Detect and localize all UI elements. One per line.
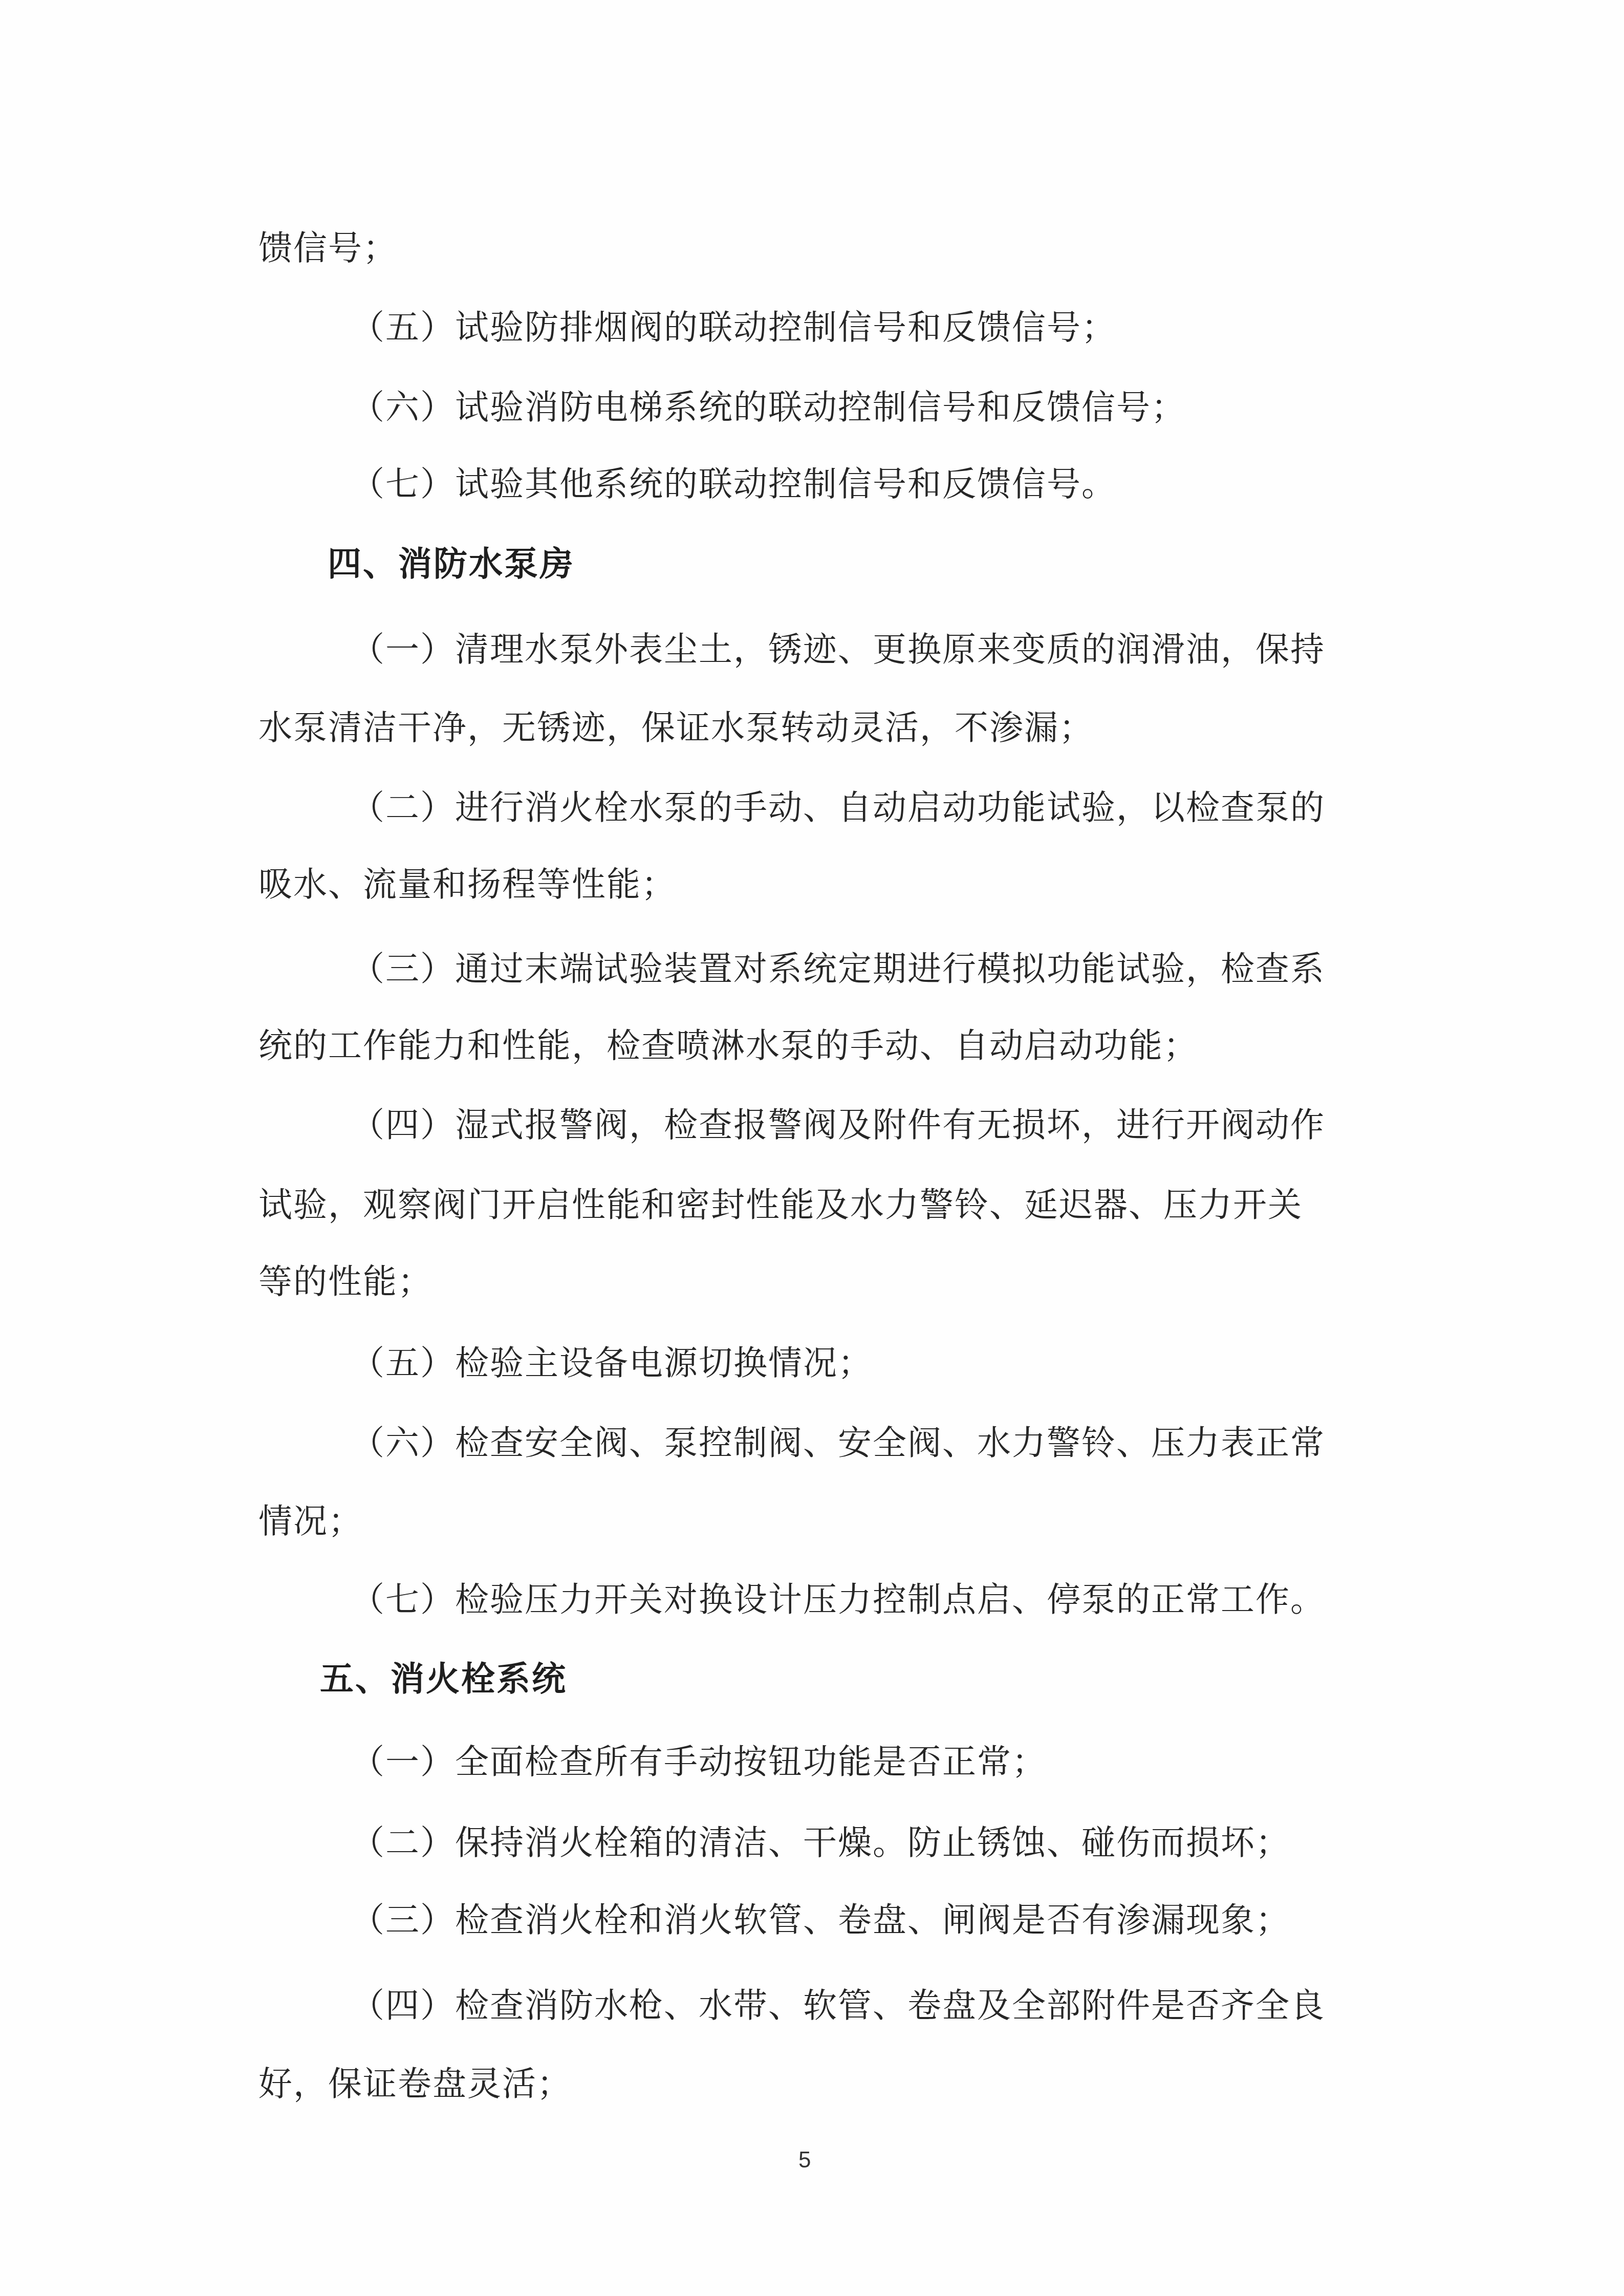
list-item: （二）进行消火栓水泵的手动、自动启动功能试验，以检查泵的 [351,787,1325,828]
paragraph-continuation: 等的性能； [258,1261,432,1302]
list-item: （五）试验防排烟阀的联动控制信号和反馈信号； [351,307,1116,348]
list-item: （七）试验其他系统的联动控制信号和反馈信号。 [351,464,1116,505]
list-item: （三）通过末端试验装置对系统定期进行模拟功能试验，检查系 [351,949,1325,990]
list-item: （一）清理水泵外表尘土，锈迹、更换原来变质的润滑油，保持 [351,629,1325,670]
section-heading: 四、消防水泵房 [328,544,575,585]
document-page: 馈信号； （五）试验防排烟阀的联动控制信号和反馈信号； （六）试验消防电梯系统的… [0,0,1624,2296]
paragraph-continuation: 水泵清洁干净，无锈迹，保证水泵转动灵活，不渗漏； [258,707,1094,748]
list-item: （六）检查安全阀、泵控制阀、安全阀、水力警铃、压力表正常 [351,1423,1325,1464]
paragraph-continuation: 情况； [258,1501,363,1542]
paragraph-continuation: 好，保证卷盘灵活； [258,2064,572,2105]
list-item: （一）全面检查所有手动按钮功能是否正常； [351,1742,1047,1783]
paragraph-continuation: 馈信号； [258,228,398,269]
list-item: （四）湿式报警阀，检查报警阀及附件有无损坏，进行开阀动作 [351,1105,1325,1146]
section-heading: 五、消火栓系统 [320,1659,567,1700]
list-item: （六）试验消防电梯系统的联动控制信号和反馈信号； [351,387,1186,428]
list-item: （三）检查消火栓和消火软管、卷盘、闸阀是否有渗漏现象； [351,1900,1290,1941]
page-number: 5 [798,2148,811,2173]
list-item: （七）检验压力开关对换设计压力控制点启、停泵的正常工作。 [351,1579,1325,1620]
paragraph-continuation: 试验，观察阀门开启性能和密封性能及水力警铃、延迟器、压力开关 [258,1185,1303,1226]
paragraph-continuation: 吸水、流量和扬程等性能； [258,864,676,905]
paragraph-continuation: 统的工作能力和性能，检查喷淋水泵的手动、自动启动功能； [258,1025,1198,1066]
list-item: （二）保持消火栓箱的清洁、干燥。防止锈蚀、碰伤而损坏； [351,1822,1290,1863]
list-item: （四）检查消防水枪、水带、软管、卷盘及全部附件是否齐全良 [351,1985,1325,2026]
list-item: （五）检验主设备电源切换情况； [351,1343,873,1384]
